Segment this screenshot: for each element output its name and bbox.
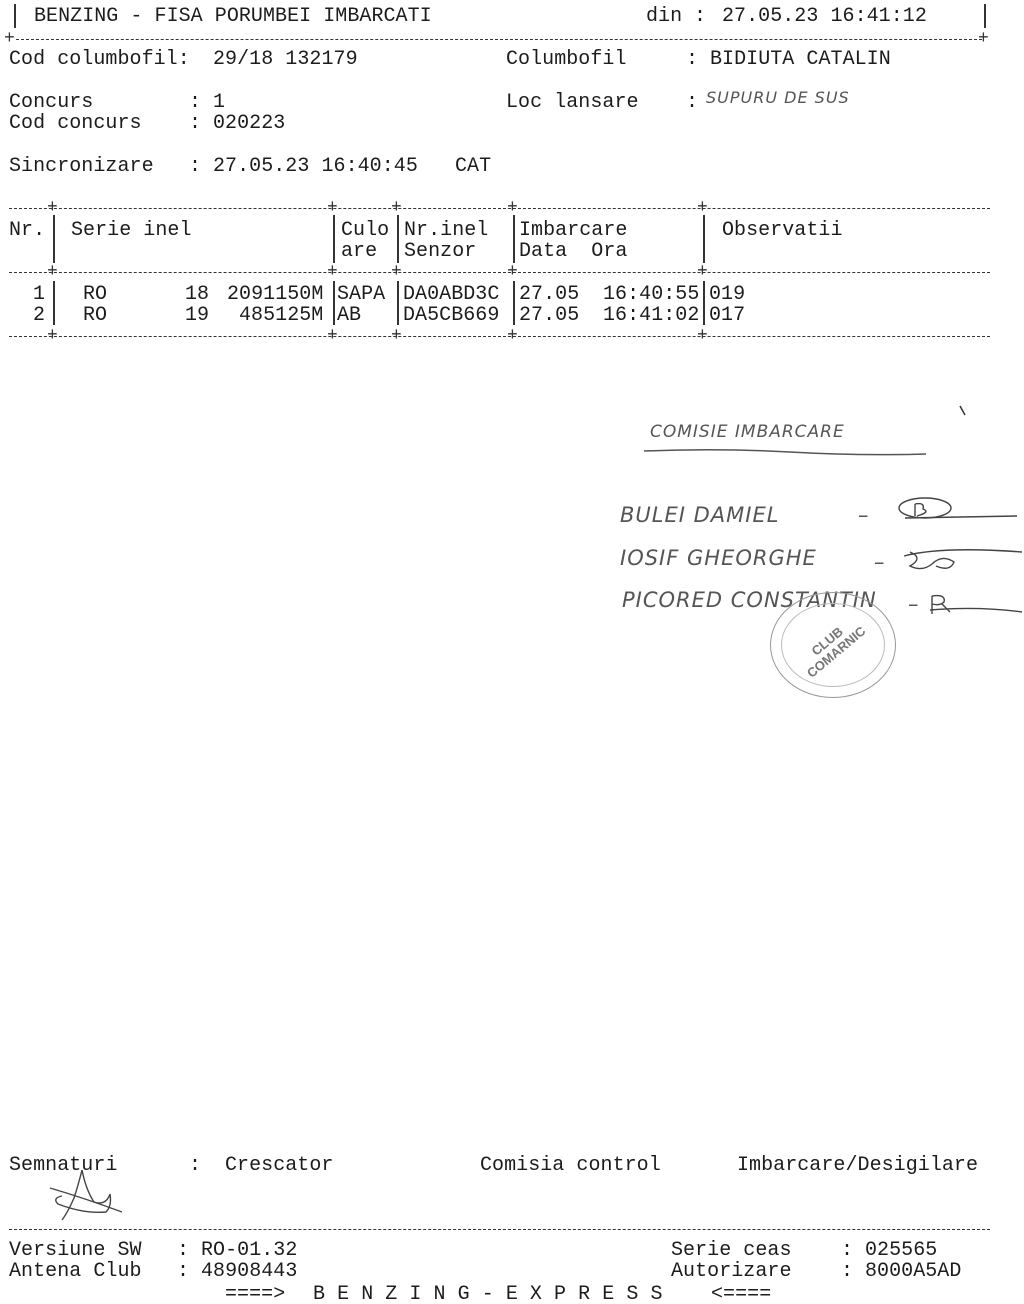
col-header-imbarcare-line1: Imbarcare — [519, 220, 627, 241]
autorizare-colon: : — [841, 1261, 853, 1282]
col-header-serie-inel: Serie inel — [71, 220, 192, 241]
columbofil-colon: : — [686, 49, 698, 70]
table-rule-plus: + — [391, 329, 402, 343]
col-divider — [397, 215, 399, 263]
table-rule-plus: + — [507, 329, 518, 343]
col-header-nr: Nr. — [9, 220, 45, 241]
table-rule-plus: + — [697, 201, 708, 215]
brand-arrow-left: ====> — [225, 1284, 285, 1304]
cell-culoare: SAPA — [337, 284, 385, 305]
col-header-nr-inel-line1: Nr.inel — [404, 220, 488, 241]
table-rule-plus: + — [507, 201, 518, 215]
header-right-bar — [984, 4, 986, 28]
sincronizare-colon: : — [189, 156, 201, 177]
cell-senzor: DA0ABD3C — [403, 284, 499, 305]
member-signature-icon — [895, 494, 1020, 526]
table-rule-plus: + — [391, 201, 402, 215]
table-rule-plus: + — [697, 329, 708, 343]
brand-arrow-right: <==== — [711, 1284, 771, 1304]
header-colon: : — [694, 6, 706, 27]
table-rule-plus: + — [327, 201, 338, 215]
versiune-sw-colon: : — [177, 1240, 189, 1261]
col-header-imbarcare-line2: Data Ora — [519, 241, 627, 262]
header-date-value: 27.05.23 16:41:12 — [722, 6, 927, 27]
commission-underline — [640, 446, 930, 458]
brand-banner: B E N Z I N G - E X P R E S S — [313, 1284, 663, 1304]
cell-culoare: AB — [337, 305, 361, 326]
cell-observatii: 019 — [709, 284, 745, 305]
col-divider — [513, 215, 515, 263]
signature-crescator-label: Crescator — [225, 1155, 333, 1176]
concurs-label: Concurs — [9, 92, 93, 113]
concurs-value: 1 — [213, 92, 225, 113]
loc-lansare-handwritten: SUPURU DE SUS — [706, 88, 850, 107]
table-rule-plus: + — [47, 265, 58, 279]
col-divider — [53, 215, 55, 263]
columbofil-value: BIDIUTA CATALIN — [710, 49, 891, 70]
cell-nr: 2 — [33, 305, 45, 326]
table-rule-plus: + — [697, 265, 708, 279]
col-header-culoare-line2: are — [341, 241, 377, 262]
cod-columbofil-label: Cod columbofil: — [9, 49, 190, 70]
member-signature-icon — [902, 544, 1024, 576]
cod-concurs-label: Cod concurs — [9, 113, 142, 134]
club-stamp: CLUB COMARNIC — [770, 592, 896, 698]
versiune-sw-value: RO-01.32 — [201, 1240, 297, 1261]
table-rule-plus: + — [327, 265, 338, 279]
sincronizare-label: Sincronizare — [9, 156, 154, 177]
member-signature-icon — [928, 592, 1024, 620]
antena-club-colon: : — [177, 1261, 189, 1282]
antena-club-value: 48908443 — [201, 1261, 297, 1282]
col-header-observatii: Observatii — [722, 220, 843, 241]
member-dash: – — [874, 550, 886, 574]
commission-title-handwritten: COMISIE IMBARCARE — [650, 422, 845, 442]
member-name-handwritten: BULEI DAMIEL — [620, 503, 779, 527]
sincronizare-suffix: CAT — [455, 156, 491, 177]
serie-ceas-label: Serie ceas — [671, 1240, 792, 1261]
header-date-label: din — [646, 6, 682, 27]
header-rule — [16, 39, 982, 40]
cell-data: 27.05 — [519, 284, 579, 305]
cell-tara: RO — [83, 305, 107, 326]
cell-tara: RO — [83, 284, 107, 305]
member-dash: – — [858, 503, 870, 527]
col-divider — [513, 281, 515, 325]
autorizare-value: 8000A5AD — [865, 1261, 961, 1282]
table-rule-mid — [9, 272, 990, 273]
col-divider — [703, 215, 705, 263]
header-left-bar — [14, 4, 16, 28]
table-rule-top — [9, 208, 990, 209]
col-header-culoare-line1: Culo — [341, 220, 389, 241]
cell-inel: 485125M — [239, 305, 323, 326]
cod-concurs-value: 020223 — [213, 113, 285, 134]
cell-observatii: 017 — [709, 305, 745, 326]
breeder-signature-icon — [44, 1168, 124, 1224]
table-rule-plus: + — [47, 201, 58, 215]
cell-ora: 16:40:55 — [603, 284, 699, 305]
footer-rule — [9, 1229, 990, 1230]
cell-senzor: DA5CB669 — [403, 305, 499, 326]
signature-imbarcare-label: Imbarcare/Desigilare — [737, 1155, 978, 1176]
col-divider — [333, 281, 335, 325]
sincronizare-value: 27.05.23 16:40:45 — [213, 156, 418, 177]
loc-lansare-label: Loc lansare — [506, 92, 639, 113]
versiune-sw-label: Versiune SW — [9, 1240, 142, 1261]
document-title: BENZING - FISA PORUMBEI IMBARCATI — [34, 6, 432, 27]
signature-comisia-label: Comisia control — [480, 1155, 661, 1176]
stray-mark — [958, 404, 968, 418]
member-dash: – — [908, 592, 920, 616]
col-divider — [397, 281, 399, 325]
col-header-nr-inel-line2: Senzor — [404, 241, 476, 262]
table-rule-plus: + — [507, 265, 518, 279]
concurs-colon: : — [189, 92, 201, 113]
cell-an: 18 — [185, 284, 209, 305]
table-rule-plus: + — [47, 329, 58, 343]
col-divider — [333, 215, 335, 263]
loc-lansare-colon: : — [686, 92, 698, 113]
col-divider — [53, 281, 55, 325]
cell-nr: 1 — [33, 284, 45, 305]
table-rule-plus: + — [391, 265, 402, 279]
antena-club-label: Antena Club — [9, 1261, 142, 1282]
autorizare-label: Autorizare — [671, 1261, 792, 1282]
serie-ceas-colon: : — [841, 1240, 853, 1261]
signatures-colon: : — [189, 1155, 201, 1176]
table-rule-plus: + — [327, 329, 338, 343]
cell-inel: 2091150M — [227, 284, 323, 305]
cell-an: 19 — [185, 305, 209, 326]
columbofil-label: Columbofil — [506, 49, 627, 70]
cod-concurs-colon: : — [189, 113, 201, 134]
header-rule-plus-right: + — [978, 32, 989, 46]
header-rule-plus-left: + — [4, 32, 15, 46]
cell-ora: 16:41:02 — [603, 305, 699, 326]
cod-columbofil-value: 29/18 132179 — [213, 49, 358, 70]
member-name-handwritten: IOSIF GHEORGHE — [620, 546, 817, 570]
cell-data: 27.05 — [519, 305, 579, 326]
col-divider — [703, 281, 705, 325]
serie-ceas-value: 025565 — [865, 1240, 937, 1261]
table-rule-bottom — [9, 336, 990, 337]
